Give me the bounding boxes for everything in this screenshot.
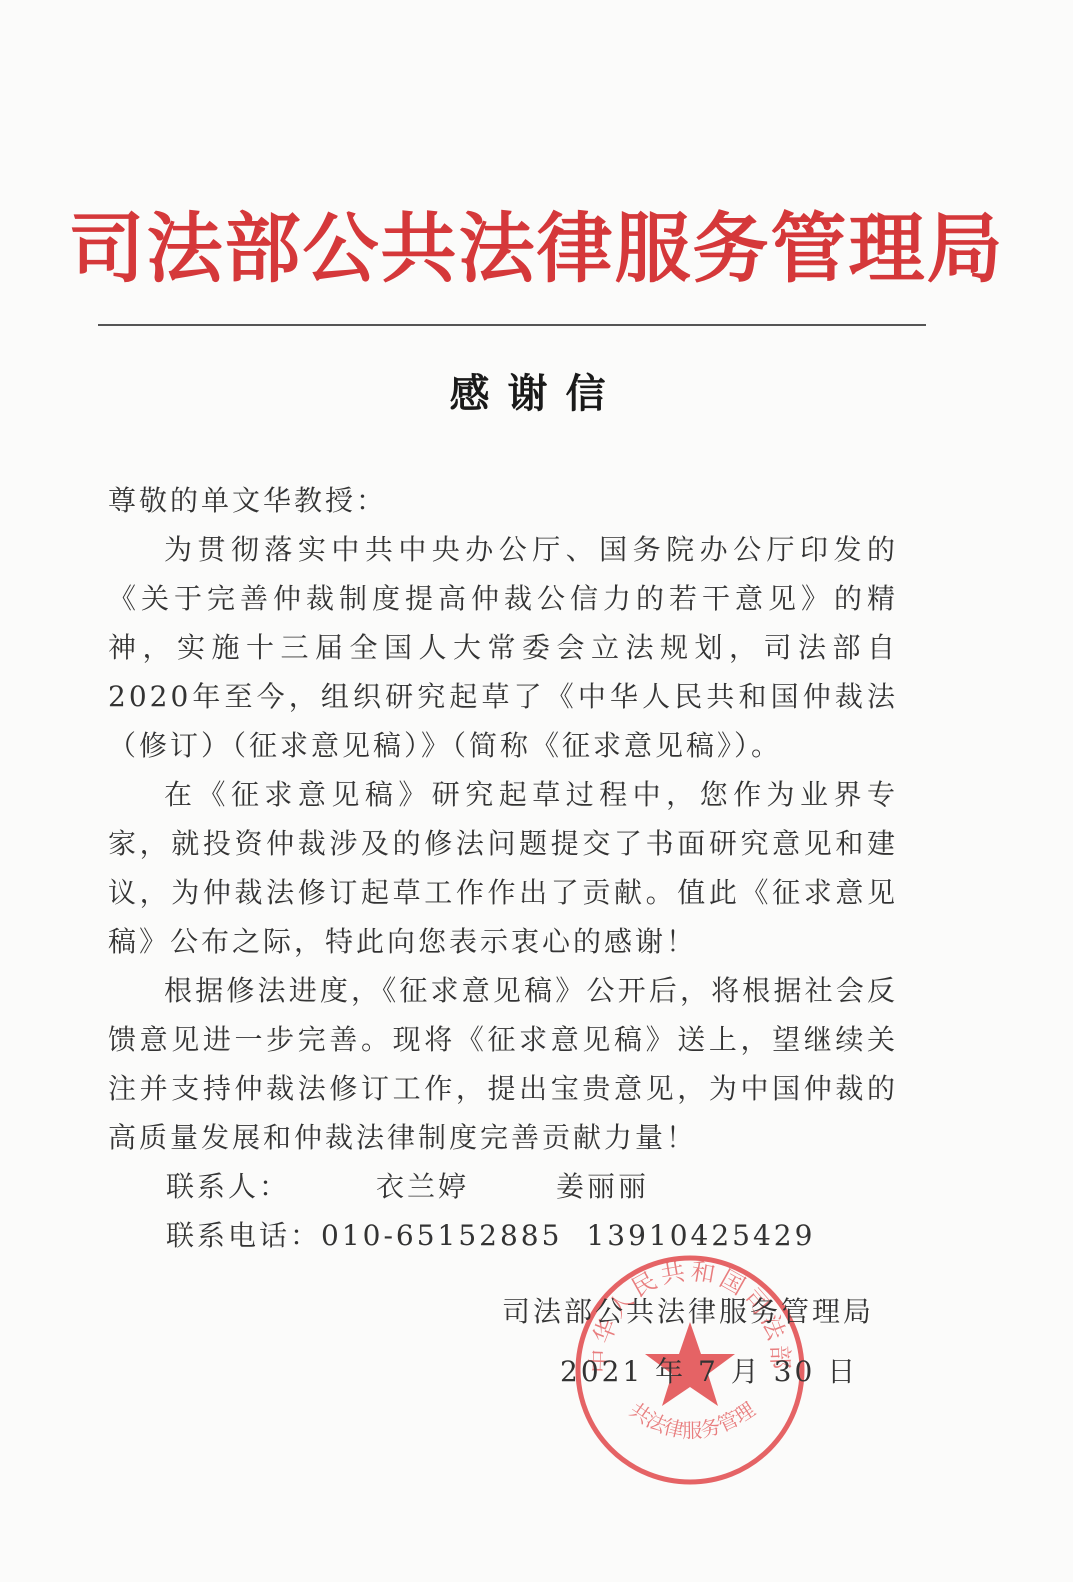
salutation: 尊敬的单文华教授： [108, 476, 898, 525]
contact-persons-label: 联系人： [166, 1162, 376, 1211]
contact-persons-row: 联系人： 衣兰婷 姜丽丽 [108, 1162, 898, 1211]
contact-phone-2: 13910425429 [586, 1211, 815, 1260]
letterhead-divider [98, 324, 926, 326]
letter-body: 尊敬的单文华教授： 为贯彻落实中共中央办公厅、国务院办公厅印发的《关于完善仲裁制… [108, 476, 898, 1260]
contact-phone-label: 联系电话： [166, 1211, 321, 1260]
paragraph-1: 为贯彻落实中共中央办公厅、国务院办公厅印发的《关于完善仲裁制度提高仲裁公信力的若… [108, 525, 898, 770]
contact-person-2: 姜丽丽 [556, 1162, 736, 1211]
signature-date: 2021 年 7 月 30 日 [560, 1350, 858, 1390]
contact-phone-1: 010-65152885 [321, 1211, 562, 1260]
contact-person-1: 衣兰婷 [376, 1162, 556, 1211]
paragraph-3: 根据修法进度，《征求意见稿》公开后，将根据社会反馈意见进一步完善。现将《征求意见… [108, 966, 898, 1162]
svg-text:公共法律服务管理局: 公共法律服务管理局 [570, 1250, 759, 1443]
seal-bottom-text: 公共法律服务管理局 [570, 1250, 759, 1443]
signature-organization: 司法部公共法律服务管理局 [502, 1290, 874, 1330]
contact-phone-row: 联系电话： 010-65152885 13910425429 [108, 1211, 898, 1260]
letterhead-organization: 司法部公共法律服务管理局 [0, 188, 1073, 297]
letter-title: 感谢信 [0, 362, 1073, 419]
paragraph-2: 在《征求意见稿》研究起草过程中，您作为业界专家，就投资仲裁涉及的修法问题提交了书… [108, 770, 898, 966]
